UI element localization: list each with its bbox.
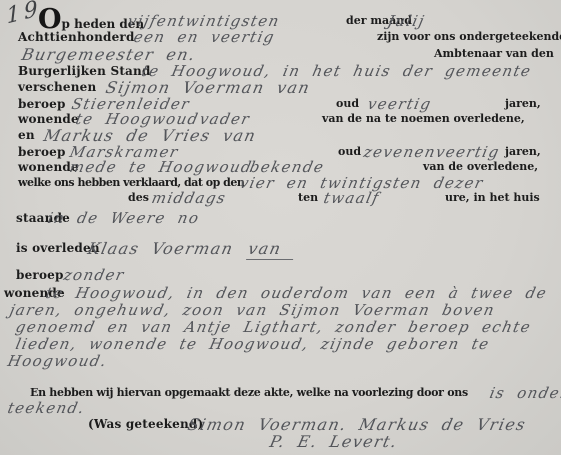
signature-line-2: P. E. Levert.: [0, 434, 561, 454]
printed-wonende-1: wonende: [18, 112, 79, 126]
handwritten-year: een en veertig: [132, 28, 277, 46]
handwritten-hour: twaalf: [322, 189, 381, 207]
handwritten-details-2: jaren, ongehuwd, zoon van Sijmon Voerman…: [8, 301, 497, 319]
printed-des: des: [128, 191, 149, 204]
printed-en: en: [18, 128, 35, 142]
handwritten-signature-levert: P. E. Levert.: [268, 432, 400, 451]
printed-achttienhonderd: Achttienhonderd: [18, 30, 135, 44]
house-line: staande in de Weere no: [0, 211, 561, 231]
printed-welke-ons: welke ons hebben verklaard, dat op den: [18, 176, 244, 189]
printed-jaren-2: jaren,: [505, 145, 541, 158]
handwritten-is-onder: is onder-: [488, 384, 561, 402]
printed-verschenen: verschenen: [18, 80, 96, 94]
handwritten-residence-2: mede te Hoogwoud: [68, 158, 254, 176]
printed-oud-1: oud: [336, 97, 359, 110]
deceased-line: is overleden Klaas Voerman van: [0, 241, 561, 261]
printed-oud-2: oud: [338, 145, 361, 158]
printed-beroep-2: beroep: [18, 145, 66, 159]
printed-jaren-1: jaren,: [505, 97, 541, 110]
handwritten-month: Julij: [386, 12, 427, 30]
handwritten-age-2: zevenenveertig: [362, 143, 502, 161]
handwritten-teekend: teekend.: [6, 399, 87, 417]
handwritten-deceased-name: Klaas Voerman: [86, 239, 236, 258]
handwritten-details-5: Hoogwoud.: [6, 352, 109, 370]
printed-zijn-voor-ons: zijn voor ons ondergeteekende: [377, 30, 561, 43]
printed-beroep-3: beroep: [16, 268, 64, 282]
handwritten-details-4: lieden, wonende te Hoogwoud, zijnde gebo…: [14, 335, 492, 353]
handwritten-daypart: middags: [150, 189, 228, 207]
handwritten-age-1: veertig: [366, 95, 433, 113]
printed-burgerlijken-stand: Burgerlijken Stand: [18, 64, 151, 78]
handwritten-details-1: te Hoogwoud, in den ouderdom van een à t…: [44, 284, 549, 302]
printed-en-hebben-wij: En hebben wij hiervan opgemaakt deze akt…: [30, 386, 468, 399]
handwritten-occupation-3: zonder: [62, 266, 126, 284]
death-record-document: 19 Op heden den vijfentwintigsten der ma…: [0, 0, 561, 455]
handwritten-house-location: in de Weere no: [46, 209, 201, 227]
printed-na-te-noemen: van de na te noemen overledene,: [322, 112, 525, 125]
printed-ambtenaar: Ambtenaar van den: [434, 47, 554, 60]
printed-ure-in-het-huis: ure, in het huis: [445, 191, 540, 204]
printed-ten: ten: [298, 191, 318, 204]
handwritten-deceased-name-suffix: van: [246, 239, 298, 260]
printed-van-de-overledene: van de overledene,: [423, 160, 538, 173]
time-line: des middags ten twaalf ure, in het huis: [0, 191, 561, 211]
handwritten-details-3: genoemd en van Antje Ligthart, zonder be…: [14, 318, 533, 336]
printed-beroep-1: beroep: [18, 97, 66, 111]
deceased-details-line-5: Hoogwoud.: [0, 354, 561, 374]
